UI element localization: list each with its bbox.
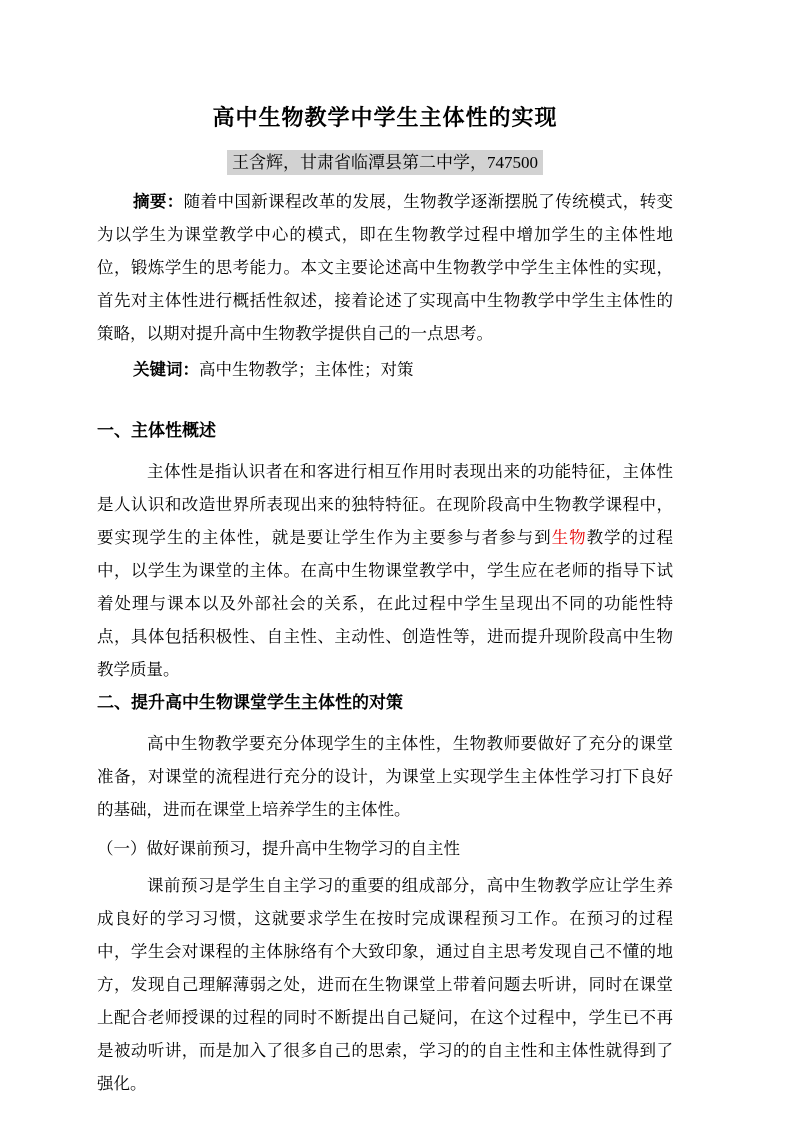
author-highlighted-text: 王含辉，甘肃省临潭县第二中学，747500 bbox=[227, 150, 543, 175]
document-title: 高中生物教学中学生主体性的实现 bbox=[97, 103, 673, 133]
section-2-paragraph: 高中生物教学要充分体现学生的主体性，生物教师要做好了充分的课堂准备，对课堂的流程… bbox=[97, 727, 673, 826]
keywords-label: 关键词： bbox=[133, 360, 199, 379]
keywords-paragraph: 关键词：高中生物教学；主体性；对策 bbox=[97, 353, 673, 386]
subsection-1-paragraph: 课前预习是学生自主学习的重要的组成部分，高中生物教学应让学生养成良好的学习习惯，… bbox=[97, 869, 673, 1100]
keywords-text: 高中生物教学；主体性；对策 bbox=[199, 360, 414, 379]
section-1-text-after-red: 教学的过程中，以学生为课堂的主体。在高中生物课堂教学中，学生应在老师的指导下试着… bbox=[97, 528, 673, 679]
section-1-heading: 一、主体性概述 bbox=[97, 414, 673, 447]
abstract-text: 随着中国新课程改革的发展，生物教学逐渐摆脱了传统模式，转变为以学生为课堂教学中心… bbox=[97, 192, 673, 343]
section-1-paragraph: 主体性是指认识者在和客进行相互作用时表现出来的功能特征，主体性是人认识和改造世界… bbox=[97, 455, 673, 686]
abstract-paragraph: 摘要：随着中国新课程改革的发展，生物教学逐渐摆脱了传统模式，转变为以学生为课堂教… bbox=[97, 185, 673, 350]
author-line: 王含辉，甘肃省临潭县第二中学，747500 bbox=[97, 149, 673, 177]
subsection-1-heading: （一）做好课前预习，提升高中生物学习的自主性 bbox=[97, 832, 673, 865]
abstract-label: 摘要： bbox=[133, 192, 184, 211]
section-2-heading: 二、提升高中生物课堂学生主体性的对策 bbox=[97, 686, 673, 719]
document-page: 高中生物教学中学生主体性的实现 王含辉，甘肃省临潭县第二中学，747500 摘要… bbox=[0, 0, 793, 1122]
red-highlighted-term: 生物 bbox=[552, 528, 587, 547]
